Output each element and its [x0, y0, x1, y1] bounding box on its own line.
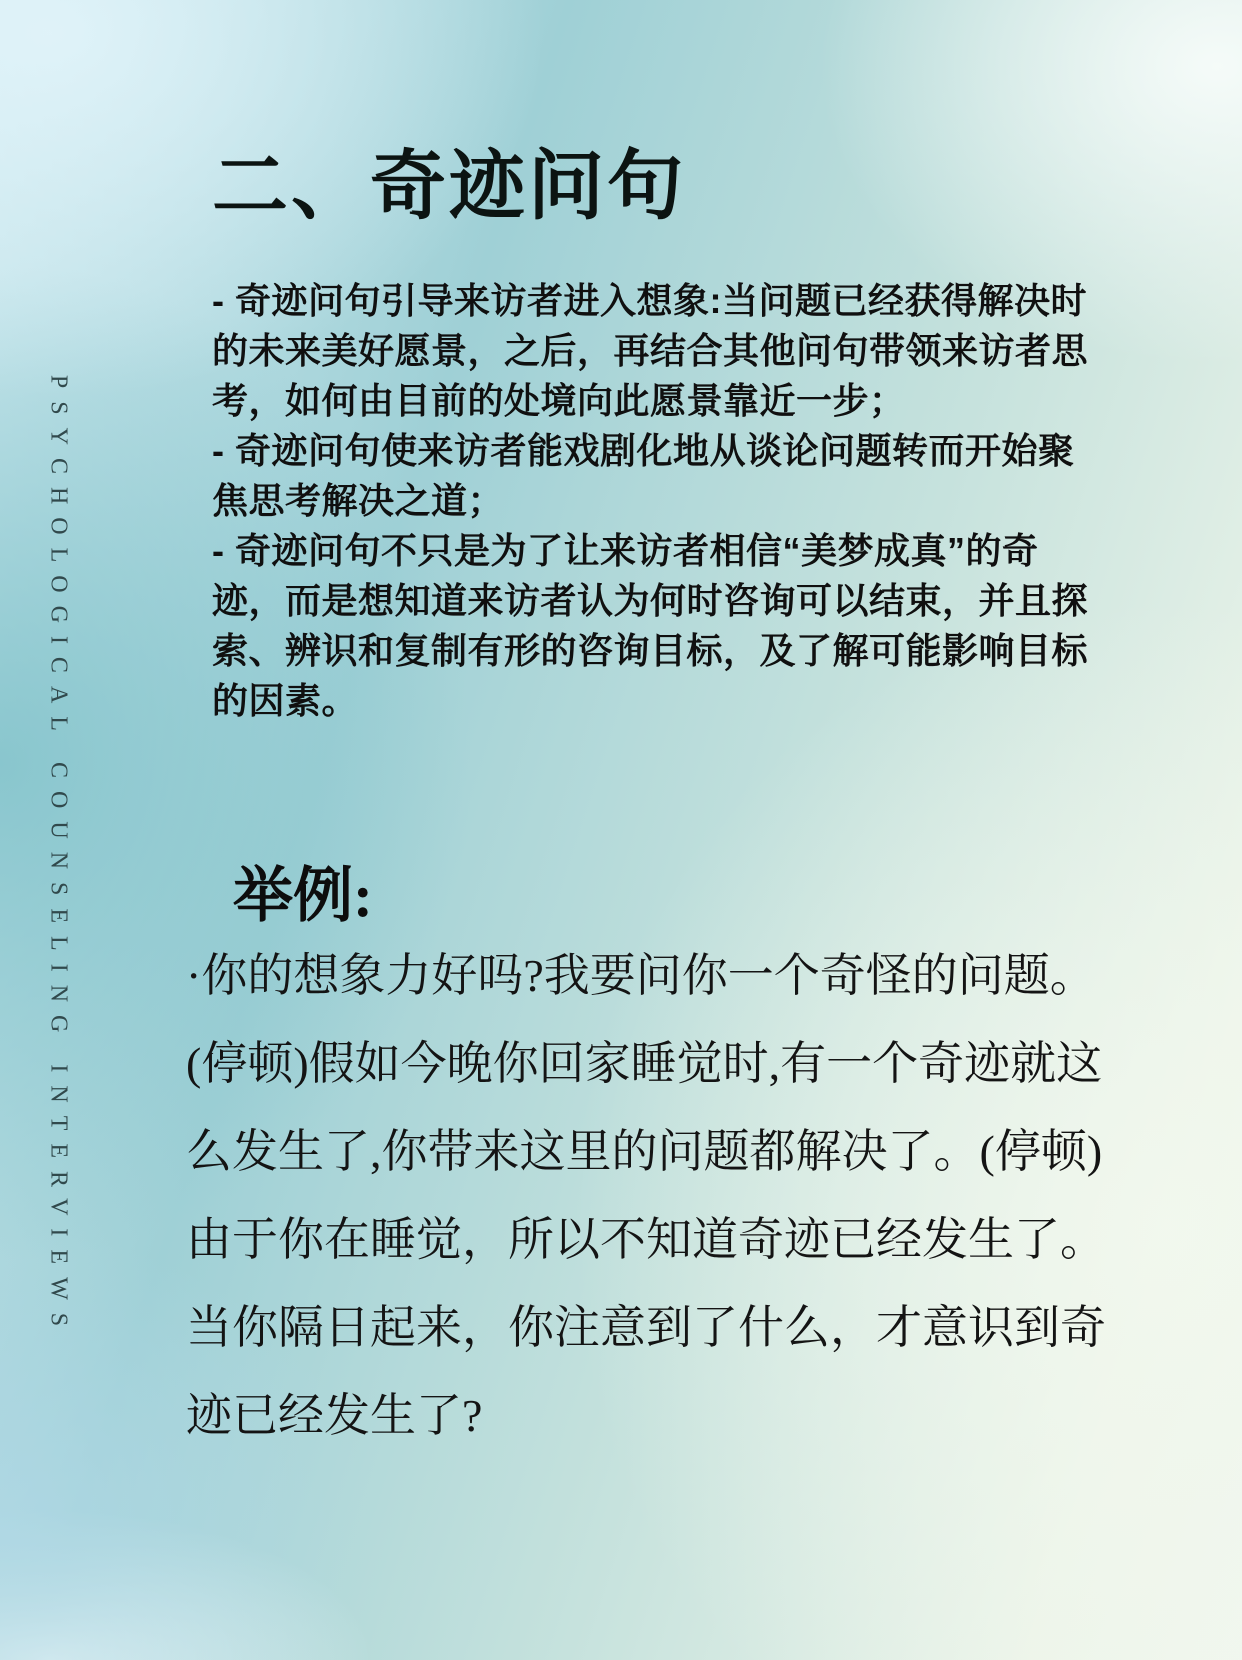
bullet-paragraphs: - 奇迹问句引导来访者进入想象:当问题已经获得解决时的未来美好愿景，之后，再结合…: [212, 276, 1090, 726]
example-paragraph: ·你的想象力好吗?我要问你一个奇怪的问题。(停顿)假如今晚你回家睡觉时,有一个奇…: [186, 932, 1116, 1460]
bullet-paragraph-3: - 奇迹问句不只是为了让来访者相信“美梦成真”的奇迹，而是想知道来访者认为何时咨…: [212, 526, 1090, 726]
bullet-paragraph-1: - 奇迹问句引导来访者进入想象:当问题已经获得解决时的未来美好愿景，之后，再结合…: [212, 276, 1090, 426]
vertical-watermark-text: PSYCHOLOGICAL COUNSELING INTERVIEWS: [45, 375, 72, 1339]
section-title: 二、奇迹问句: [212, 144, 686, 231]
bullet-paragraph-2: - 奇迹问句使来访者能戏剧化地从谈论问题转而开始聚焦思考解决之道；: [212, 426, 1090, 526]
example-heading: 举例:: [233, 860, 373, 932]
